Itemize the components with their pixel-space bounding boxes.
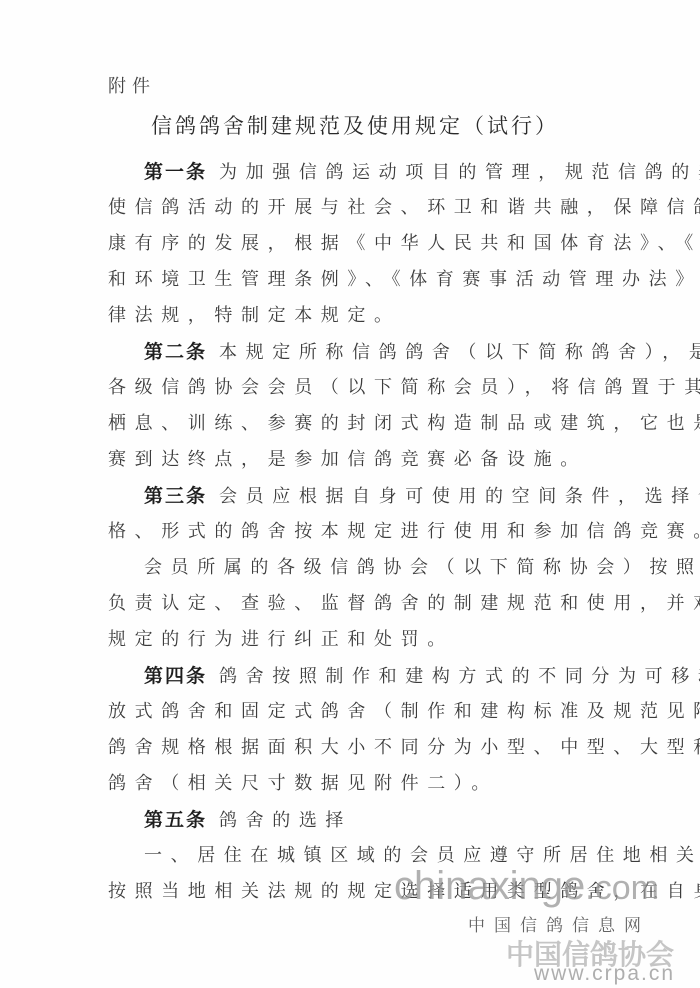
paragraph-line: 会员所属的各级信鸽协会（以下简称协会）按照本规定 (108, 550, 598, 586)
article-number: 第一条 (144, 161, 207, 183)
paragraph-line: 放式鸽舍和固定式鸽舍（制作和建构标准及规范见附件一）。 (108, 694, 598, 730)
watermark-domain-text: chinaxinge (394, 864, 585, 908)
paragraph-line: 第四条鸽舍按照制作和建构方式的不同分为可移动置 (108, 658, 598, 694)
watermark-tld-text: .com (585, 869, 659, 907)
watermark-site-domain: chinaxinge.com (394, 866, 659, 906)
paragraph-line: 负责认定、查验、监督鸽舍的制建规范和使用，并对违反本 (108, 586, 598, 622)
line-text: 鸽舍按照制作和建构方式的不同分为可移动置 (219, 666, 700, 687)
paragraph-line: 各级信鸽协会会员（以下简称会员），将信鸽置于其中饲养、 (108, 370, 598, 406)
paragraph-line: 鸽舍（相关尺寸数据见附件二）。 (108, 766, 598, 802)
watermark-association-url: www.crpa.cn (534, 962, 675, 986)
paragraph-line: 格、形式的鸽舍按本规定进行使用和参加信鸽竞赛。 (108, 514, 598, 550)
paragraph-line: 规定的行为进行纠正和处罚。 (108, 622, 598, 658)
paragraph-line: 第三条会员应根据自身可使用的空间条件，选择合适规 (108, 478, 598, 514)
line-text: 鸽舍的选择 (219, 810, 352, 831)
paragraph-line: 鸽舍规格根据面积大小不同分为小型、中型、大型和超大型 (108, 730, 598, 766)
paragraph-line: 康有序的发展，根据《中华人民共和国体育法》、《城市市容 (108, 226, 598, 262)
line-text: 本规定所称信鸽鸽舍（以下简称鸽舍），是境内 (219, 342, 700, 363)
document-page: 附件 信鸽鸽舍制建规范及使用规定（试行） 第一条为加强信鸽运动项目的管理，规范信… (0, 0, 700, 988)
document-body: 第一条为加强信鸽运动项目的管理，规范信鸽的养训， 使信鸽活动的开展与社会、环卫和… (108, 154, 598, 910)
paragraph-line: 栖息、训练、参赛的封闭式构造制品或建筑，它也是信鸽竞 (108, 406, 598, 442)
paragraph-line: 律法规，特制定本规定。 (108, 298, 598, 334)
paragraph-line: 使信鸽活动的开展与社会、环卫和谐共融，保障信鸽活动健 (108, 190, 598, 226)
attachment-label: 附件 (108, 72, 156, 98)
article-number: 第五条 (144, 809, 207, 831)
paragraph-line: 第五条鸽舍的选择 (108, 802, 598, 838)
paragraph-line: 和环境卫生管理条例》、《体育赛事活动管理办法》及相关法 (108, 262, 598, 298)
article-number: 第四条 (144, 665, 207, 687)
line-text: 会员应根据自身可使用的空间条件，选择合适规 (219, 486, 700, 507)
article-number: 第三条 (144, 485, 207, 507)
line-text: 为加强信鸽运动项目的管理，规范信鸽的养训， (219, 162, 700, 183)
paragraph-line: 第一条为加强信鸽运动项目的管理，规范信鸽的养训， (108, 154, 598, 190)
article-number: 第二条 (144, 341, 207, 363)
paragraph-line: 第二条本规定所称信鸽鸽舍（以下简称鸽舍），是境内 (108, 334, 598, 370)
paragraph-line: 赛到达终点，是参加信鸽竞赛必备设施。 (108, 442, 598, 478)
document-title: 信鸽鸽舍制建规范及使用规定（试行） (0, 110, 700, 140)
